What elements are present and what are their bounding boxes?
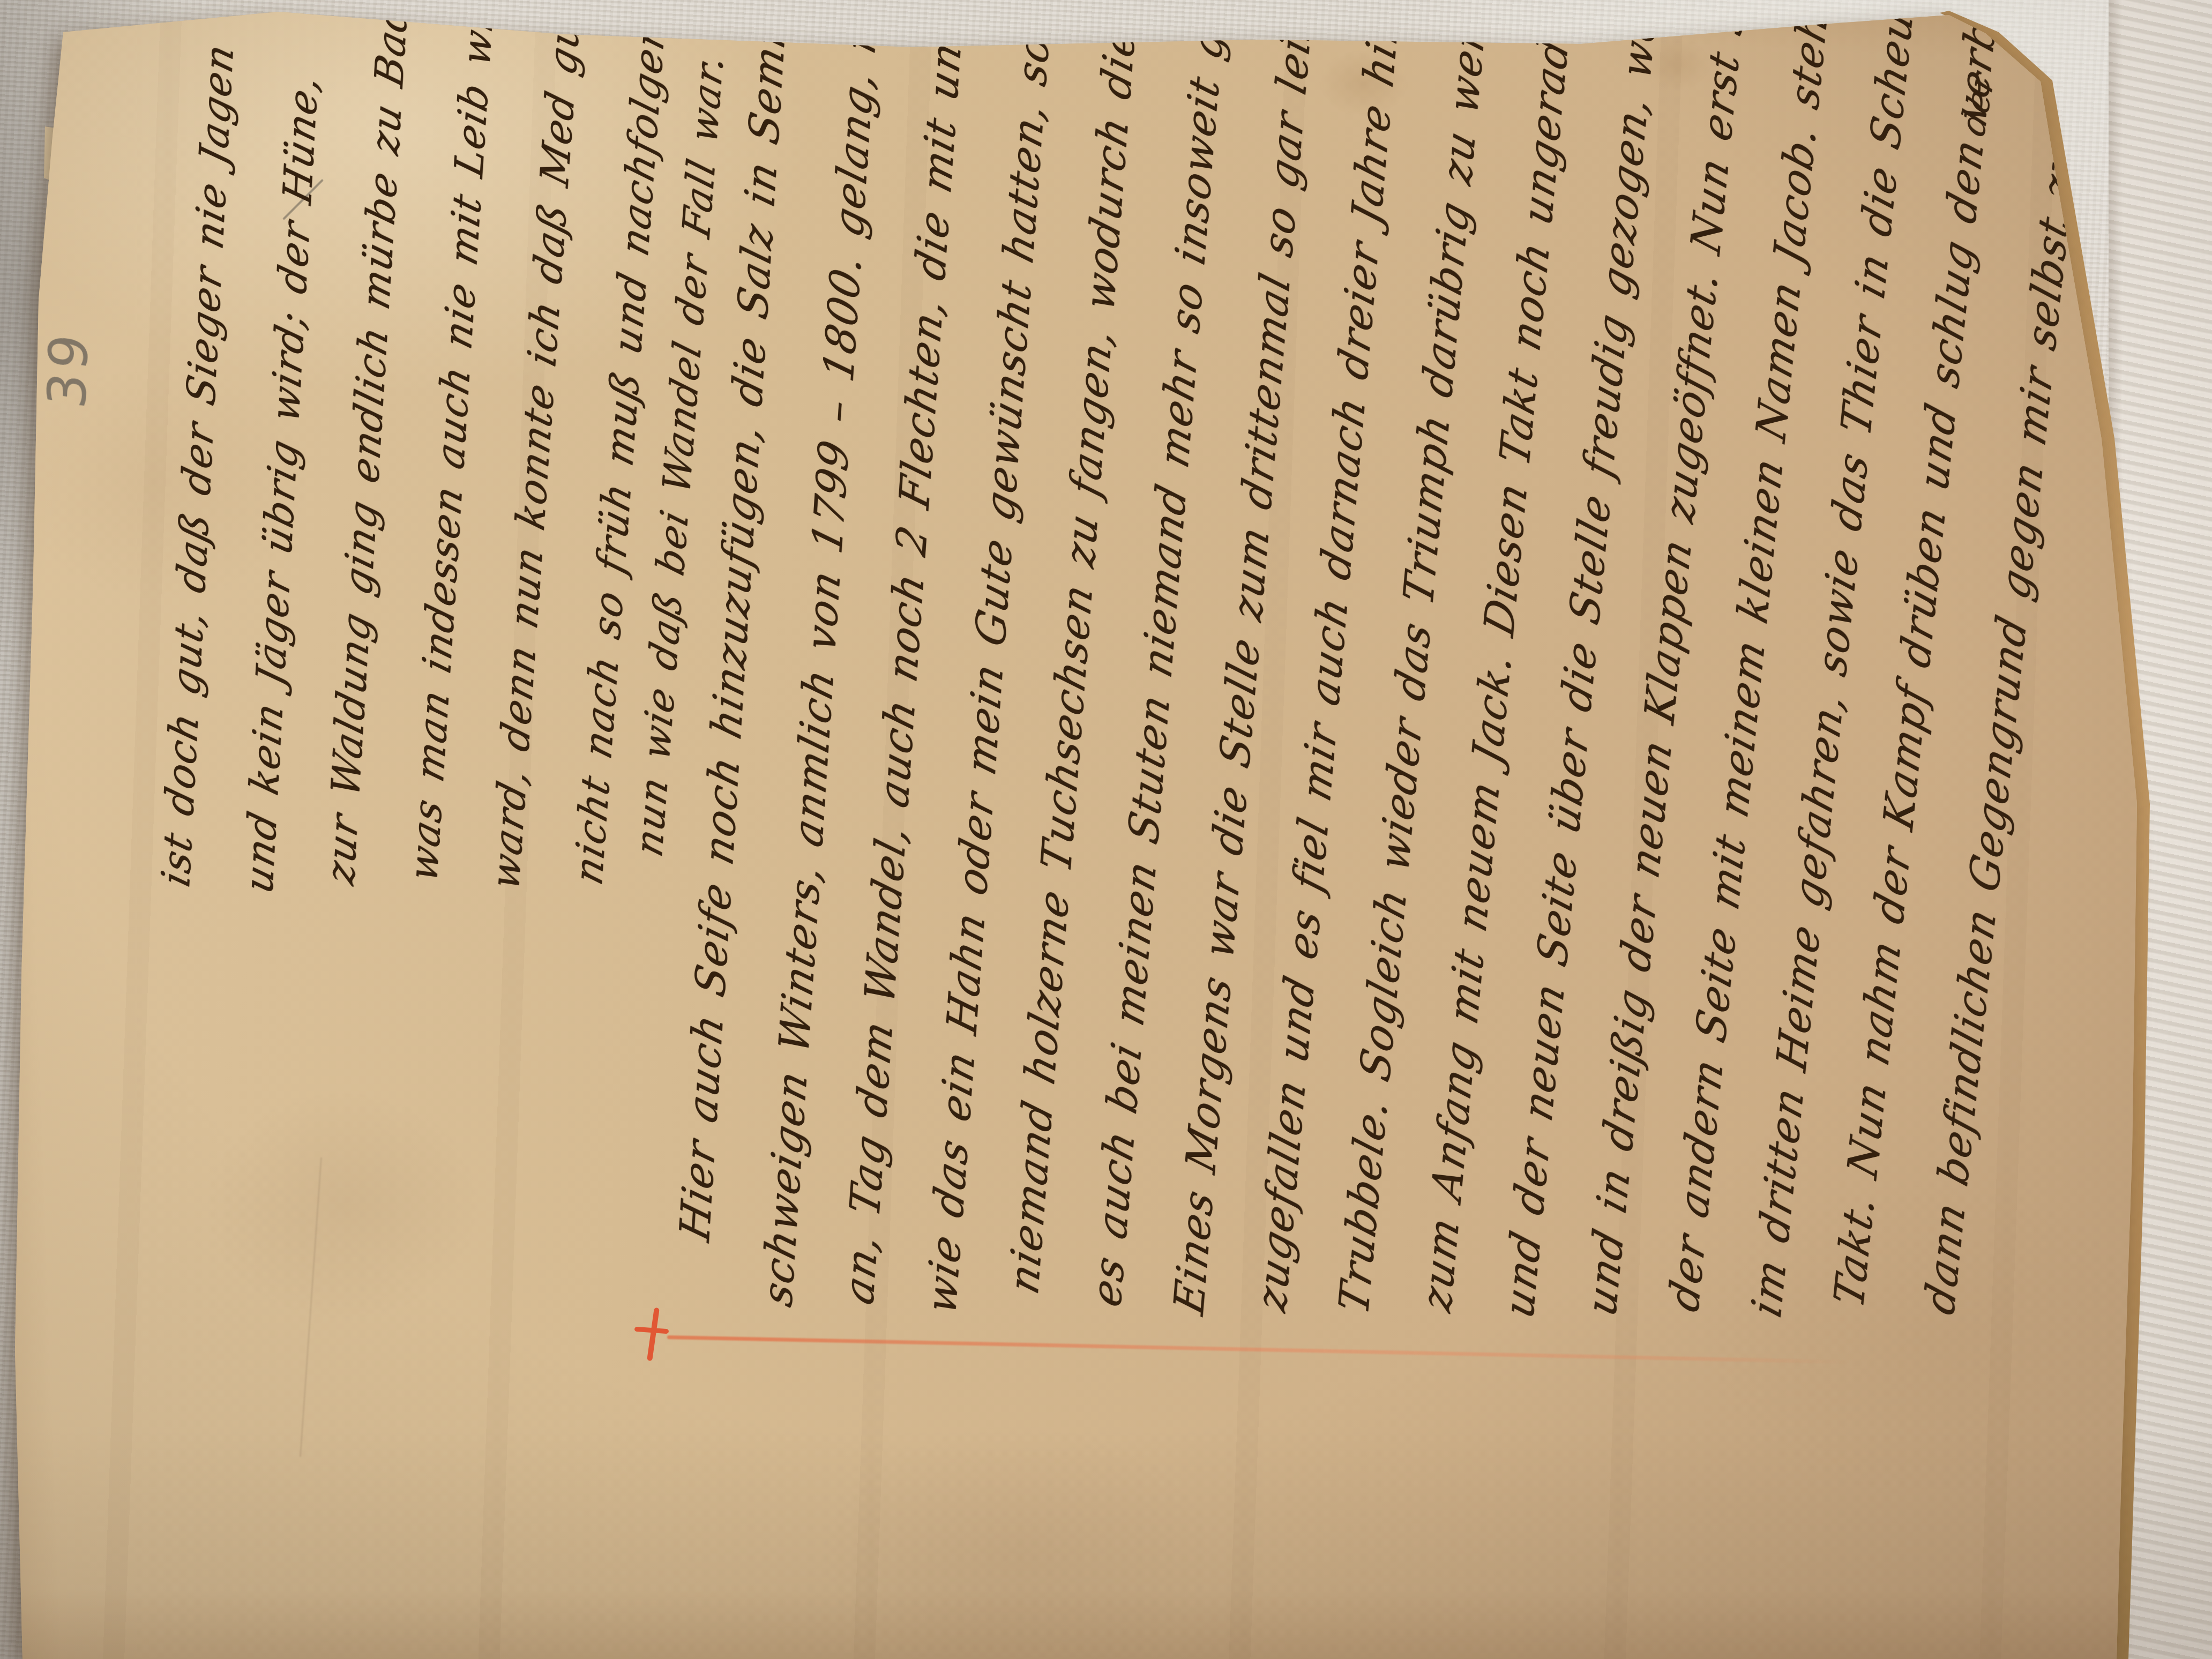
manuscript-line: ist doch gut, daß der Sieger nie Jagen (153, 57, 242, 886)
red-margin-line (667, 1335, 1854, 1364)
red-cross-vertical-stroke (647, 1307, 660, 1361)
manuscript-line-text: zur Waldung ging endlich mürbe zu Bade, (318, 0, 419, 889)
paper-crease (300, 1157, 322, 1457)
manuscript-line-text: ist doch gut, daß der Sieger nie Jagen (153, 39, 242, 892)
manuscript-line-text: und kein Jäger übrig wird; der Hüne, (236, 69, 327, 898)
manuscript-line: und kein Jäger übrig wird; der Hüne, (236, 56, 328, 893)
manuscript-line-text: was man indessen auch nie mit Leib will, (401, 0, 505, 887)
manuscript-line: was man indessen auch nie mit Leib will, (400, 50, 500, 881)
manuscript-line: zur Waldung ging endlich mürbe zu Bade, (317, 55, 414, 884)
ink-layer: 39 ist doch gut, daß der Sieger nie Jage… (0, 0, 2212, 1659)
pencil-page-number: 39 (35, 326, 100, 412)
red-cross-mark (638, 1307, 675, 1364)
manuscript-line: ward, denn nun konnte ich daß Med gut, (482, 48, 587, 890)
photo-of-manuscript: { "page": { "page_number": "39", "catchw… (0, 0, 2212, 1659)
